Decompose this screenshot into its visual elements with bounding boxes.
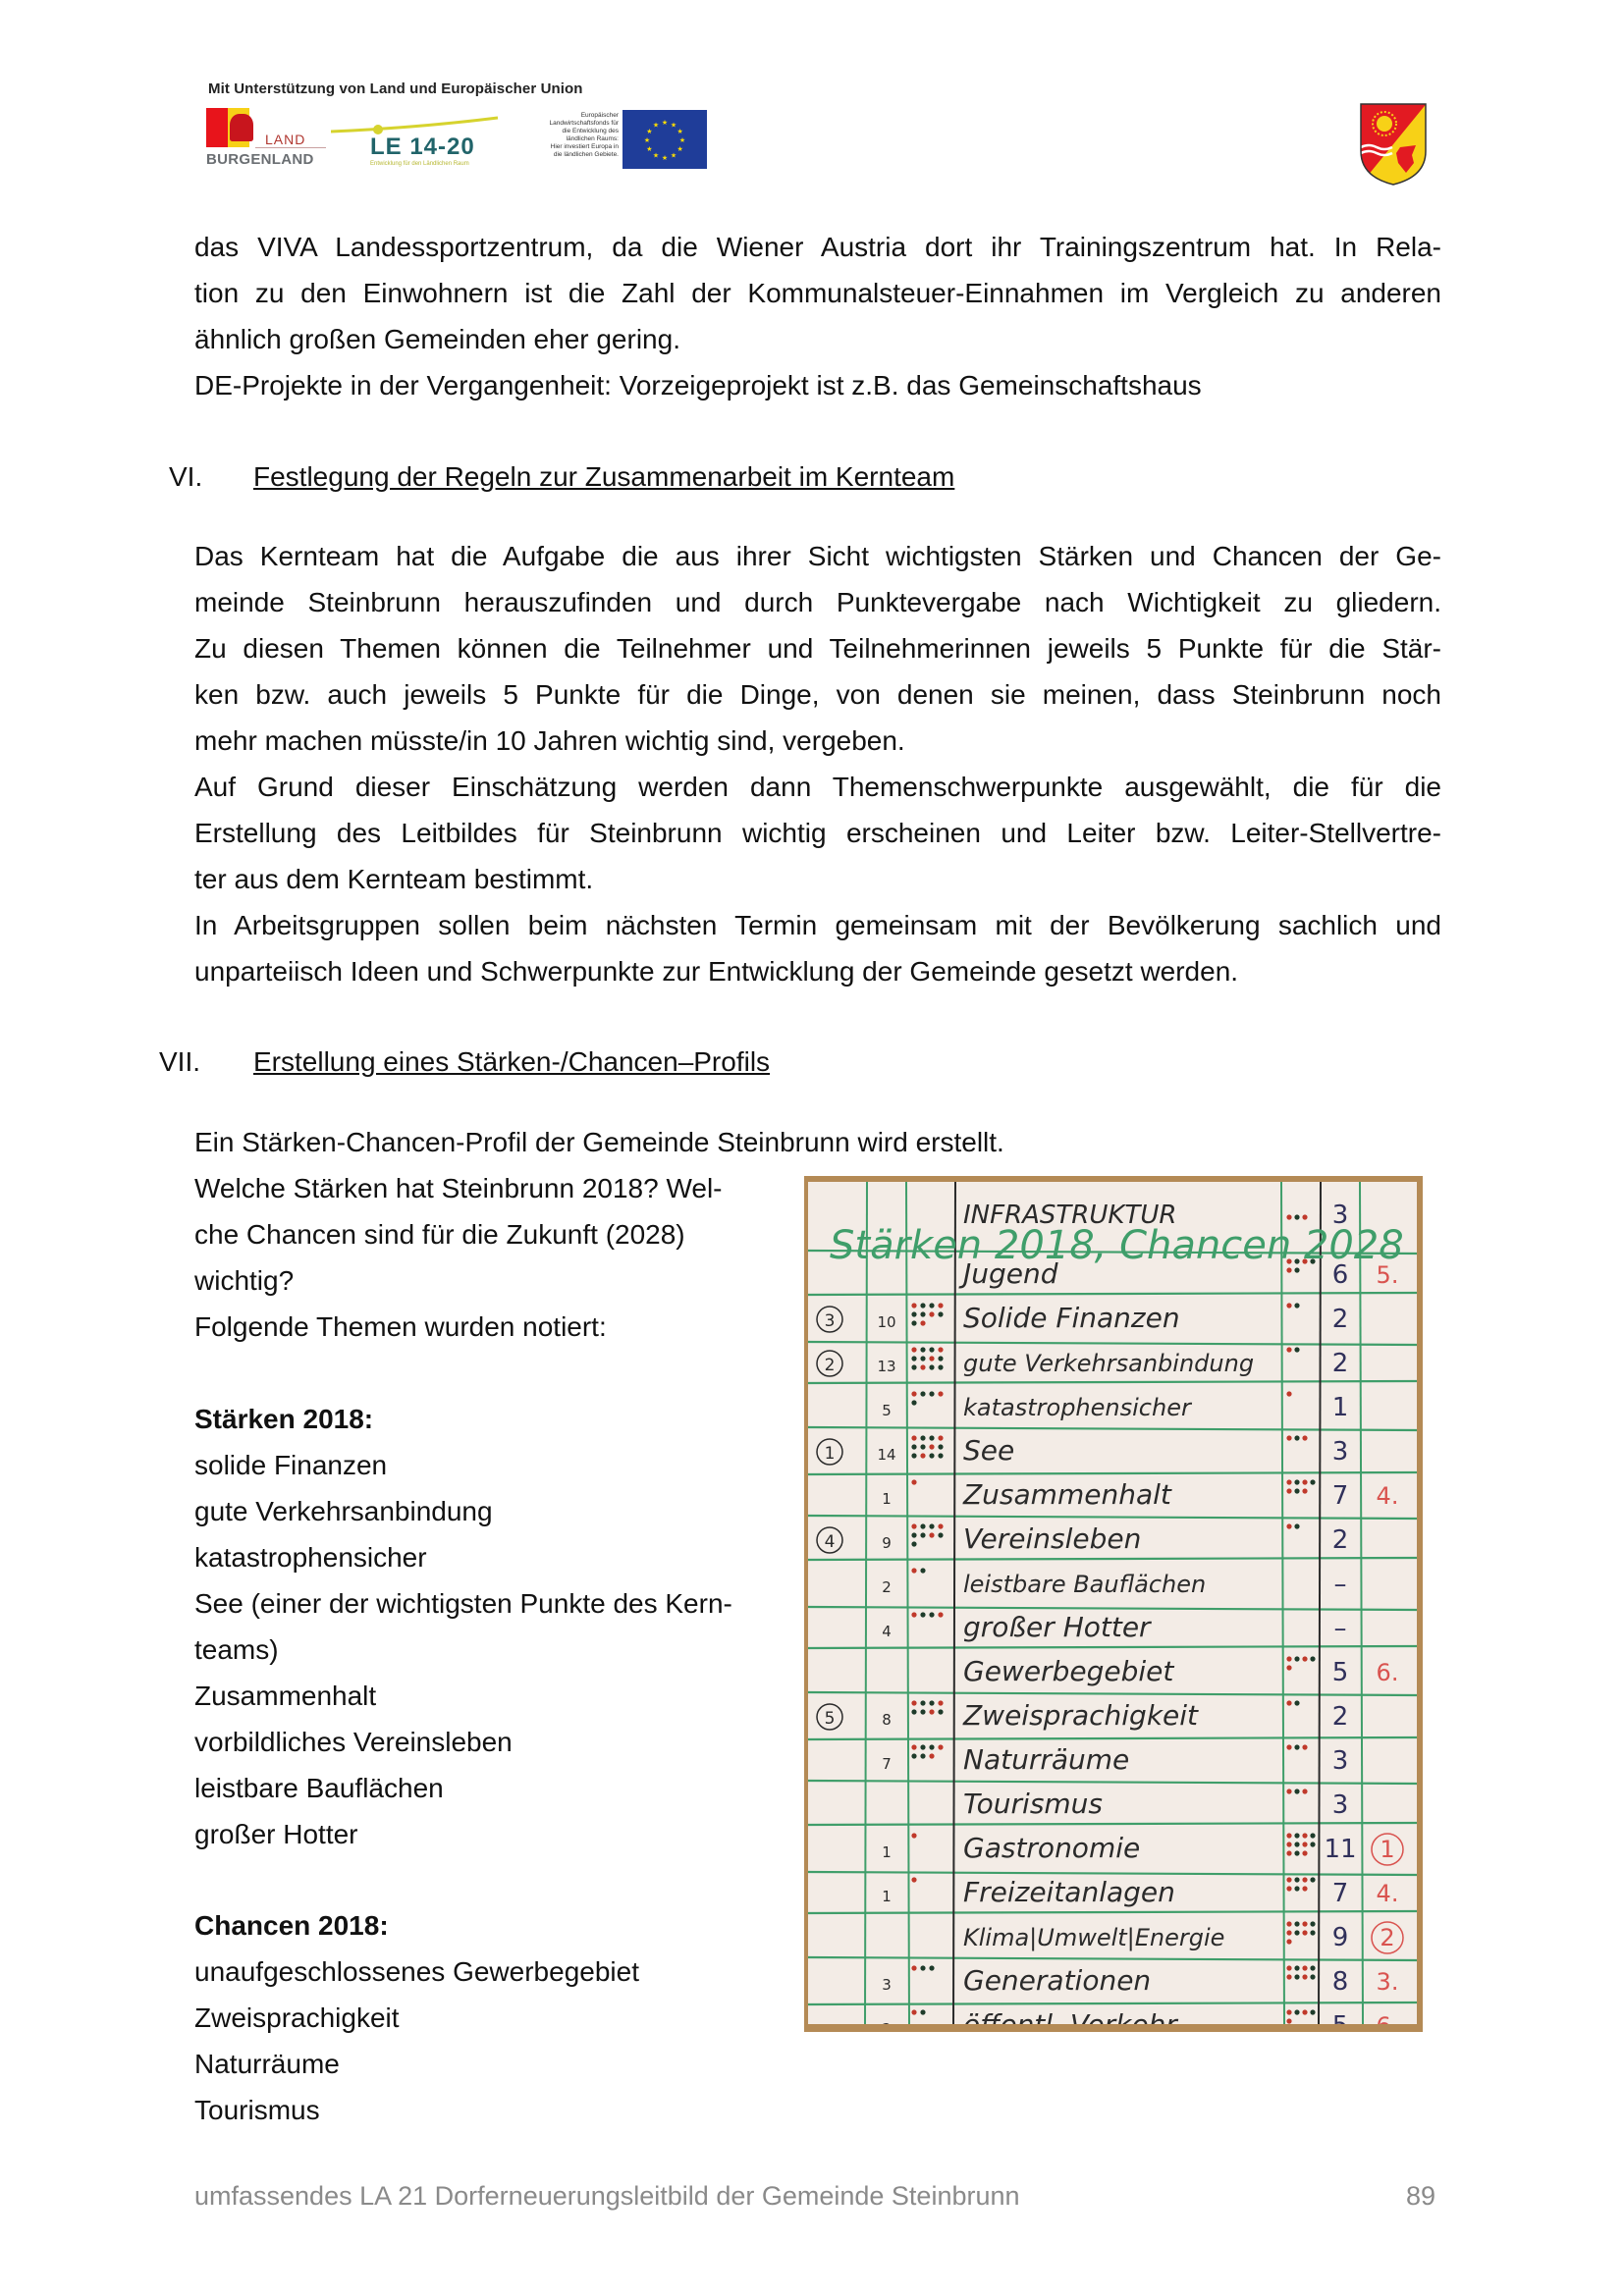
svg-text:3: 3 <box>825 1311 836 1331</box>
section-7-intro: Ein Stärken-Chancen-Profil der Gemeinde … <box>194 1119 1004 1165</box>
svg-text:Freizeitanlagen: Freizeitanlagen <box>963 1876 1175 1908</box>
svg-text:4.: 4. <box>1377 1880 1399 1907</box>
svg-text:INFRASTRUKTUR: INFRASTRUKTUR <box>963 1201 1176 1230</box>
text-line: DE-Projekte in der Vergangenheit: Vorzei… <box>194 362 1441 408</box>
list-item: Naturräume <box>194 2041 639 2087</box>
svg-text:1: 1 <box>882 1888 892 1905</box>
text-line: meinde Steinbrunn herauszufinden und dur… <box>194 579 1441 625</box>
svg-text:9: 9 <box>882 1534 892 1552</box>
page-number: 89 <box>1406 2181 1435 2212</box>
section-title: Erstellung eines Stärken-/Chancen–Profil… <box>253 1046 770 1078</box>
list-item: Zweisprachigkeit <box>194 1995 639 2041</box>
whiteboard: Stärken 2018, Chancen 2028INFRASTRUKTUR3… <box>808 1182 1417 2024</box>
logo-burgenland-text: BURGENLAND <box>206 151 314 168</box>
svg-text:gute Verkehrsanbindung: gute Verkehrsanbindung <box>963 1350 1254 1377</box>
svg-text:Klima|Umwelt|Energie: Klima|Umwelt|Energie <box>963 1924 1224 1951</box>
text-line: ken bzw. auch jeweils 5 Punkte für die D… <box>194 671 1441 718</box>
text-line: In Arbeitsgruppen sollen beim nächsten T… <box>194 902 1441 948</box>
chances-list: Chancen 2018: unaufgeschlossenes Gewerbe… <box>194 1902 639 2133</box>
svg-text:★: ★ <box>671 152 677 160</box>
svg-text:2: 2 <box>882 1578 892 1596</box>
le-subtitle: Entwicklung für den Ländlichen Raum <box>370 161 469 167</box>
svg-text:5: 5 <box>1332 2011 1349 2024</box>
svg-text:6.: 6. <box>1377 2012 1399 2024</box>
svg-text:★: ★ <box>653 121 659 129</box>
svg-text:2: 2 <box>882 2020 892 2024</box>
svg-text:Solide Finanzen: Solide Finanzen <box>963 1302 1180 1334</box>
svg-text:1: 1 <box>1380 1836 1394 1863</box>
section-6-paragraph: Das Kernteam hat die Aufgabe die aus ihr… <box>194 533 1441 994</box>
svg-text:3: 3 <box>1332 1201 1349 1230</box>
svg-text:Jugend: Jugend <box>958 1257 1058 1290</box>
svg-text:Generationen: Generationen <box>963 1964 1151 1997</box>
svg-text:7: 7 <box>882 1755 892 1773</box>
text-line: Auf Grund dieser Einschätzung werden dan… <box>194 764 1441 810</box>
svg-text:★: ★ <box>662 119 668 127</box>
svg-text:Zusammenhalt: Zusammenhalt <box>962 1478 1172 1511</box>
svg-text:8: 8 <box>882 1711 892 1729</box>
list-item: teams) <box>194 1627 732 1673</box>
list-item: vorbildliches Vereinsleben <box>194 1719 732 1765</box>
svg-text:3: 3 <box>1332 1790 1349 1820</box>
text-line: che Chancen sind für die Zukunft (2028) <box>194 1211 782 1257</box>
list-item: unaufgeschlossenes Gewerbegebiet <box>194 1949 639 1995</box>
svg-text:7: 7 <box>1332 1481 1349 1511</box>
list-item: katastrophensicher <box>194 1534 732 1580</box>
eu-text-line: ländlichen Raums: <box>520 135 619 143</box>
footer-title: umfassendes LA 21 Dorferneuerungsleitbil… <box>194 2181 1020 2212</box>
svg-text:★: ★ <box>677 145 682 153</box>
svg-text:★: ★ <box>677 128 682 135</box>
le-14-20-logo: LE 14-20 Entwicklung für den Ländlichen … <box>329 116 496 175</box>
svg-text:13: 13 <box>877 1358 895 1375</box>
logo-divider <box>255 147 326 148</box>
svg-text:1: 1 <box>882 1490 892 1508</box>
svg-text:–: – <box>1334 1570 1347 1599</box>
svg-text:14: 14 <box>877 1446 895 1464</box>
whiteboard-table: Stärken 2018, Chancen 2028INFRASTRUKTUR3… <box>808 1182 1417 2024</box>
svg-text:4: 4 <box>825 1532 836 1552</box>
svg-text:2: 2 <box>1332 1349 1349 1378</box>
svg-text:5.: 5. <box>1377 1261 1399 1289</box>
list-item: großer Hotter <box>194 1811 732 1857</box>
svg-text:Gastronomie: Gastronomie <box>963 1832 1140 1864</box>
svg-text:Vereinsleben: Vereinsleben <box>963 1522 1141 1555</box>
text-line: tion zu den Einwohnern ist die Zahl der … <box>194 270 1441 316</box>
intro-paragraph: das VIVA Landessportzentrum, da die Wien… <box>194 224 1441 408</box>
eu-flag-icon: ★★★★★★★★★★★★ <box>623 110 707 169</box>
list-item: gute Verkehrsanbindung <box>194 1488 732 1534</box>
svg-text:See: See <box>963 1434 1014 1467</box>
svg-text:2: 2 <box>1332 1305 1349 1334</box>
svg-text:★: ★ <box>671 121 677 129</box>
svg-text:3.: 3. <box>1377 1968 1399 1996</box>
text-line: wichtig? <box>194 1257 782 1304</box>
svg-text:★: ★ <box>646 128 652 135</box>
svg-text:2: 2 <box>825 1356 836 1375</box>
svg-text:–: – <box>1334 1614 1347 1643</box>
whiteboard-photo: Stärken 2018, Chancen 2028INFRASTRUKTUR3… <box>804 1176 1423 2032</box>
coat-of-arms-icon <box>1359 102 1428 187</box>
list-item: Tourismus <box>194 2087 639 2133</box>
text-line: Erstellung des Leitbildes für Steinbrunn… <box>194 810 1441 856</box>
svg-text:11: 11 <box>1324 1835 1356 1864</box>
svg-text:katastrophensicher: katastrophensicher <box>963 1394 1193 1421</box>
svg-text:3: 3 <box>1332 1437 1349 1467</box>
svg-text:★: ★ <box>644 136 650 144</box>
svg-text:Naturräume: Naturräume <box>963 1743 1129 1776</box>
svg-text:4.: 4. <box>1377 1482 1399 1510</box>
eu-text-line: Europäischer <box>520 112 619 120</box>
text-line: unparteiisch Ideen und Schwerpunkte zur … <box>194 948 1441 994</box>
svg-text:★: ★ <box>662 154 668 162</box>
svg-text:3: 3 <box>1332 1746 1349 1776</box>
list-item: Zusammenhalt <box>194 1673 732 1719</box>
text-line: ähnlich großen Gemeinden eher gering. <box>194 316 1441 362</box>
svg-text:leistbare Bauflächen: leistbare Bauflächen <box>963 1571 1206 1598</box>
svg-text:7: 7 <box>1332 1879 1349 1908</box>
flag-red-stripe <box>206 108 228 147</box>
list-item: leistbare Bauflächen <box>194 1765 732 1811</box>
svg-text:6: 6 <box>1332 1260 1349 1290</box>
list-item: solide Finanzen <box>194 1442 732 1488</box>
svg-text:5: 5 <box>882 1402 892 1419</box>
list-item: See (einer der wichtigsten Punkte des Ke… <box>194 1580 732 1627</box>
text-line: Das Kernteam hat die Aufgabe die aus ihr… <box>194 533 1441 579</box>
eu-fund-text: Europäischer Landwirtschaftsfonds für di… <box>520 112 619 159</box>
svg-text:★: ★ <box>679 136 685 144</box>
eu-text-line: Landwirtschaftsfonds für <box>520 120 619 128</box>
svg-text:1: 1 <box>882 1843 892 1861</box>
svg-text:5: 5 <box>825 1709 836 1729</box>
svg-text:10: 10 <box>877 1313 895 1331</box>
section-7-question: Welche Stärken hat Steinbrunn 2018? Wel-… <box>194 1165 782 1350</box>
land-burgenland-logo: LAND BURGENLAND <box>206 108 322 171</box>
text-line: ter aus dem Kernteam bestimmt. <box>194 856 1441 902</box>
svg-text:Tourismus: Tourismus <box>963 1788 1103 1820</box>
chances-heading: Chancen 2018: <box>194 1902 639 1949</box>
svg-text:2: 2 <box>1332 1702 1349 1732</box>
eu-text-line: Hier investiert Europa in <box>520 143 619 151</box>
section-number: VII. <box>159 1046 200 1078</box>
svg-text:2: 2 <box>1380 1924 1394 1951</box>
svg-text:1: 1 <box>825 1444 836 1464</box>
text-line: Folgende Themen wurden notiert: <box>194 1304 782 1350</box>
svg-text:6.: 6. <box>1377 1659 1399 1686</box>
svg-text:3: 3 <box>882 1976 892 1994</box>
eu-text-line: die Entwicklung des <box>520 128 619 135</box>
logo-land-text: LAND <box>265 132 305 147</box>
svg-text:2: 2 <box>1332 1525 1349 1555</box>
svg-text:großer Hotter: großer Hotter <box>963 1611 1152 1643</box>
eagle-icon <box>230 114 253 141</box>
svg-text:Gewerbegebiet: Gewerbegebiet <box>963 1655 1174 1687</box>
svg-text:1: 1 <box>1332 1393 1349 1422</box>
section-number: VI. <box>169 461 202 493</box>
svg-text:★: ★ <box>653 152 659 160</box>
svg-text:5: 5 <box>1332 1658 1349 1687</box>
svg-text:Zweisprachigkeit: Zweisprachigkeit <box>962 1699 1199 1732</box>
text-line: Ein Stärken-Chancen-Profil der Gemeinde … <box>194 1119 1004 1165</box>
svg-text:8: 8 <box>1332 1967 1349 1997</box>
svg-text:4: 4 <box>882 1623 892 1640</box>
support-text: Mit Unterstützung von Land und Europäisc… <box>208 80 583 97</box>
strengths-list: Stärken 2018: solide Finanzen gute Verke… <box>194 1396 732 1857</box>
le-title: LE 14-20 <box>370 133 475 161</box>
svg-text:★: ★ <box>646 145 652 153</box>
eu-text-line: die ländlichen Gebiete. <box>520 151 619 159</box>
text-line: Zu diesen Themen können die Teilnehmer u… <box>194 625 1441 671</box>
svg-text:öffentl. Verkehr: öffentl. Verkehr <box>963 2008 1178 2024</box>
section-title: Festlegung der Regeln zur Zusammenarbeit… <box>253 461 954 493</box>
text-line: das VIVA Landessportzentrum, da die Wien… <box>194 224 1441 270</box>
svg-text:9: 9 <box>1332 1923 1349 1952</box>
text-line: Welche Stärken hat Steinbrunn 2018? Wel- <box>194 1165 782 1211</box>
strengths-heading: Stärken 2018: <box>194 1396 732 1442</box>
text-line: mehr machen müsste/in 10 Jahren wichtig … <box>194 718 1441 764</box>
